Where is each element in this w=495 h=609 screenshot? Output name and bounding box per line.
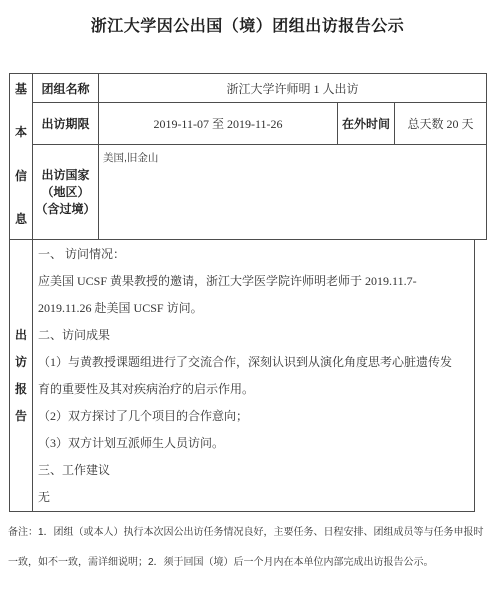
report-line: 2019.11.26 赴美国 UCSF 访问。 [38,295,474,322]
report-line: 三、工作建议 [38,457,474,484]
report-line: （2）双方探讨了几个项目的合作意向； [38,403,474,430]
countries-label-line: （地区） [41,184,89,201]
vertical-char: 基 [15,80,27,97]
vertical-char: 本 [15,123,27,140]
vertical-char: 报 [15,376,27,403]
report-line: 无 [38,484,474,511]
vertical-char: 信 [15,167,27,184]
group-name-label: 团组名称 [33,74,99,103]
time-abroad-value: 总天数 20 天 [395,103,486,145]
page-title: 浙江大学因公出国（境）团组出访报告公示 [0,13,495,36]
report-content: 一、 访问情况： 应美国 UCSF 黄果教授的邀请，浙江大学医学院许师明老师于 … [33,240,474,511]
countries-value: 美国,旧金山 [99,145,486,239]
time-abroad-label: 在外时间 [338,103,395,145]
remarks-note: 备注：1．团组（或本人）执行本次因公出访任务情况良好，主要任务、日程安排、团组成… [8,518,494,578]
countries-label-line: （含过境） [35,201,95,218]
report-line: （3）双方计划互派师生人员访问。 [38,430,474,457]
countries-label: 出访国家 （地区） （含过境） [33,145,99,239]
countries-label-line: 出访国家 [41,167,89,184]
report-table: 出 访 报 告 一、 访问情况： 应美国 UCSF 黄果教授的邀请，浙江大学医学… [9,240,475,512]
basic-info-section-header: 基 本 信 息 [10,74,33,239]
report-line: 一、 访问情况： [38,241,474,268]
vertical-char: 出 [15,322,27,349]
vertical-char: 息 [15,210,27,227]
report-document-page: 浙江大学因公出国（境）团组出访报告公示 基 本 信 息 团组名称 浙江大学许师明… [0,0,495,609]
visit-period-value: 2019-11-07 至 2019-11-26 [99,103,338,145]
vertical-char: 告 [15,403,27,430]
report-line: 应美国 UCSF 黄果教授的邀请，浙江大学医学院许师明老师于 2019.11.7… [38,268,474,295]
report-line: 育的重要性及其对疾病治疗的启示作用。 [38,376,474,403]
remark-line: 一致，如不一致，需详细说明；2．须于回国（境）后一个月内在本单位内部完成出访报告… [8,548,494,578]
report-line: （1）与黄教授课题组进行了交流合作，深刻认识到从演化角度思考心脏遗传发 [38,349,474,376]
report-line: 二、访问成果 [38,322,474,349]
report-section-header: 出 访 报 告 [10,240,33,511]
basic-info-table: 基 本 信 息 团组名称 浙江大学许师明 1 人出访 出访期限 2019-11-… [9,73,487,240]
visit-period-label: 出访期限 [33,103,99,145]
remark-line: 备注：1．团组（或本人）执行本次因公出访任务情况良好，主要任务、日程安排、团组成… [8,518,494,548]
vertical-char: 访 [15,349,27,376]
group-name-value: 浙江大学许师明 1 人出访 [99,74,486,103]
